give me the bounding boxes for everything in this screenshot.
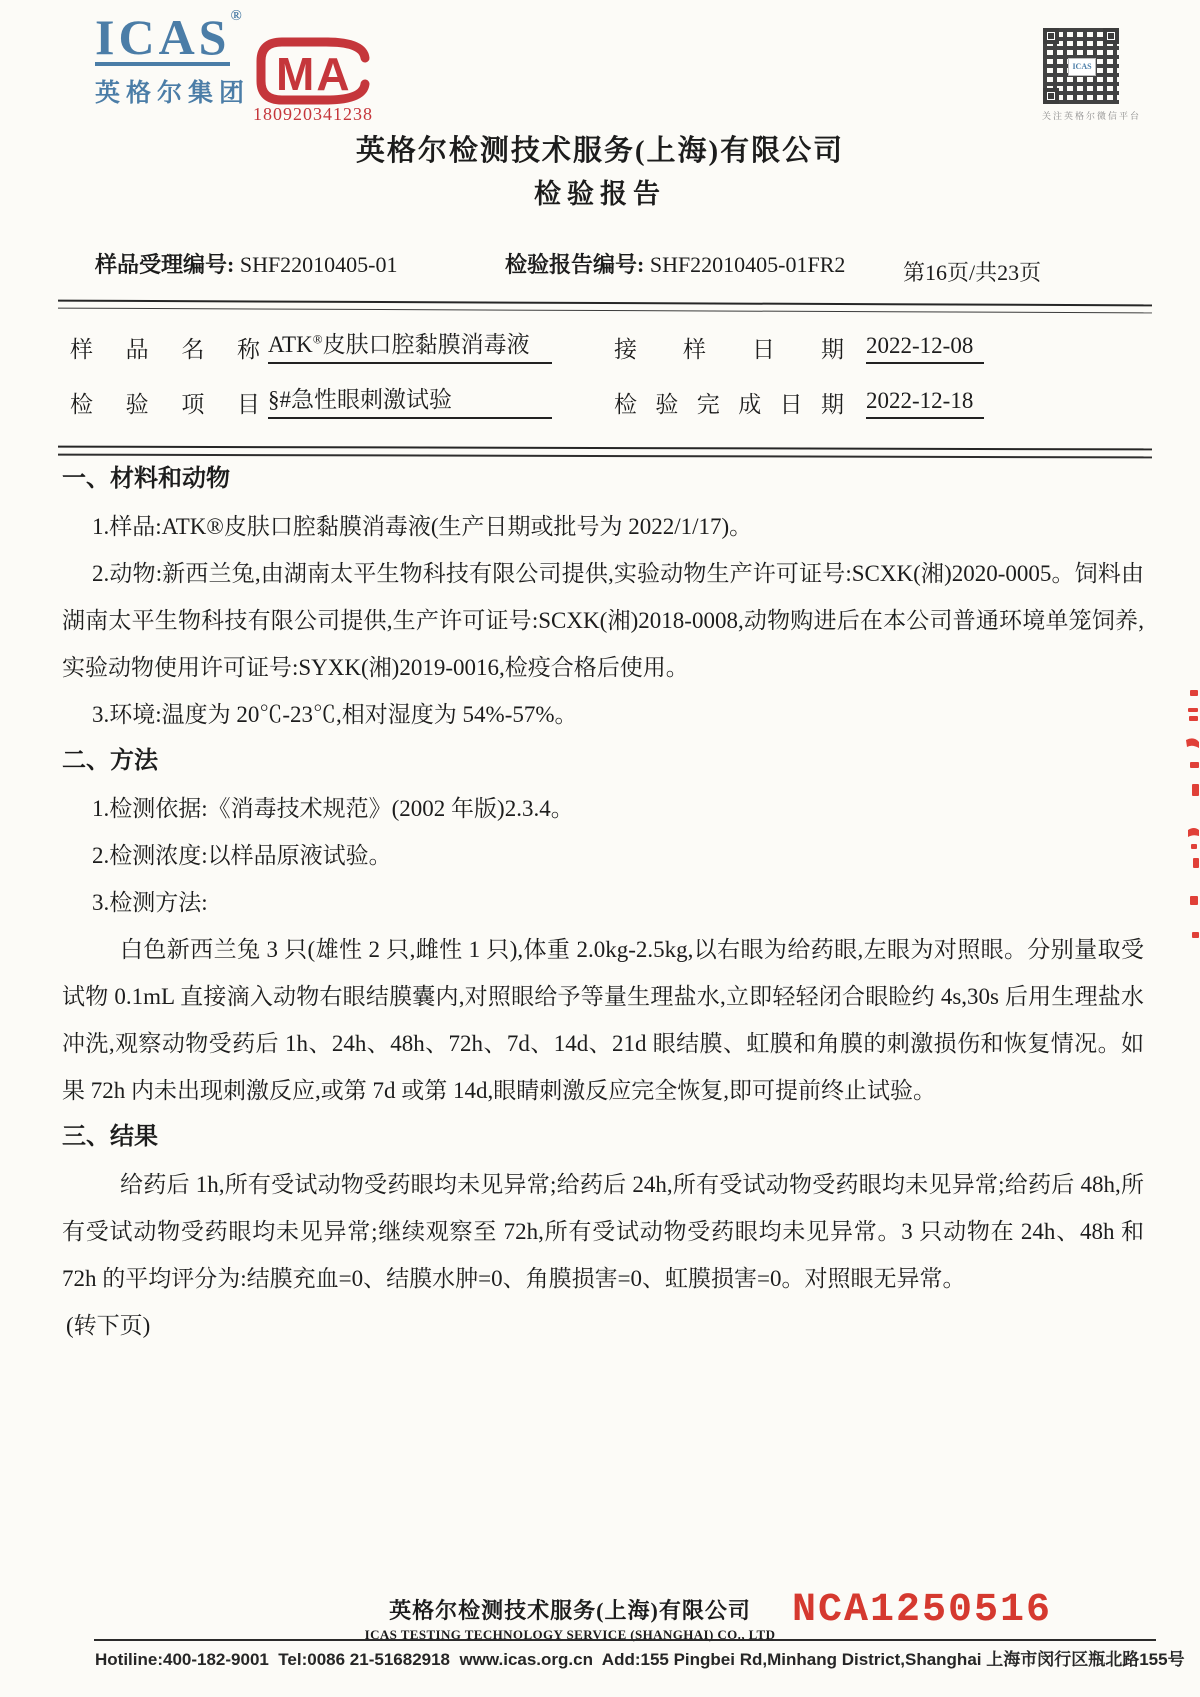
sample-name-label: 样品名称: [70, 331, 260, 364]
icas-logo-text: ICAS: [95, 12, 230, 66]
report-page: ICAS® 英格尔集团 MA 180920341238 ICAS 关注英格尔微信…: [0, 0, 1200, 1697]
complete-date-value: 2022-12-18: [866, 388, 984, 419]
registered-mark-icon: ®: [230, 8, 241, 24]
footer-company-cn: 英格尔检测技术服务(上海)有限公司: [320, 1594, 820, 1625]
cma-mark-icon: MA: [252, 34, 376, 113]
section-heading-results: 三、结果: [62, 1114, 1144, 1161]
page-number: 第16页/共23页: [903, 256, 1041, 287]
icas-logo: ICAS® 英格尔集团: [95, 12, 250, 109]
body-paragraph: 给药后 1h,所有受试动物受药眼均未见异常;给药后 24h,所有受试动物受药眼均…: [62, 1161, 1144, 1302]
body-paragraph: 2.检测浓度:以样品原液试验。: [62, 832, 1144, 879]
qr-finder-icon: [1103, 28, 1119, 44]
body-paragraph: 1.样品:ATK®皮肤口腔黏膜消毒液(生产日期或批号为 2022/1/17)。: [62, 503, 1144, 550]
test-item-value: §#急性眼刺激试验: [268, 381, 552, 419]
report-title: 检验报告: [0, 172, 1200, 211]
report-no: 检验报告编号: SHF22010405-01FR2: [505, 248, 845, 279]
qr-finder-icon: [1043, 28, 1059, 44]
body-paragraph: 3.环境:温度为 20℃-23℃,相对湿度为 54%-57%。: [62, 691, 1144, 738]
qr-center-logo: ICAS: [1068, 58, 1096, 76]
sample-name-row: 样品名称ATK®皮肤口腔黏膜消毒液接样日期2022-12-08: [70, 326, 1150, 364]
icas-group-name: 英格尔集团: [95, 73, 250, 109]
body-paragraph: 1.检测依据:《消毒技术规范》(2002 年版)2.3.4。: [62, 785, 1144, 832]
footer-rule: [94, 1639, 1156, 1641]
test-item-label: 检验项目: [70, 386, 260, 419]
sample-accept-no: 样品受理编号: SHF22010405-01: [95, 248, 398, 279]
footer-contact-line: Hotiline:400-182-9001 Tel:0086 21-516829…: [95, 1645, 1175, 1670]
receive-date-value: 2022-12-08: [866, 333, 984, 364]
report-body: 一、材料和动物 1.样品:ATK®皮肤口腔黏膜消毒液(生产日期或批号为 2022…: [62, 456, 1144, 1349]
receive-date-label: 接样日期: [614, 331, 844, 364]
sample-name-value: ATK®皮肤口腔黏膜消毒液: [268, 326, 552, 364]
divider-rule: [58, 300, 1152, 314]
body-paragraph: 3.检测方法:: [62, 879, 1144, 926]
nca-serial-number: NCA1250516: [792, 1588, 1052, 1633]
svg-text:MA: MA: [276, 48, 352, 100]
test-item-row: 检验项目§#急性眼刺激试验检验完成日期2022-12-18: [70, 381, 1150, 419]
registered-mark-icon: ®: [313, 331, 323, 346]
company-title: 英格尔检测技术服务(上海)有限公司: [0, 128, 1200, 169]
section-heading-method: 二、方法: [62, 738, 1144, 785]
footer-company: 英格尔检测技术服务(上海)有限公司 ICAS TESTING TECHNOLOG…: [320, 1594, 820, 1643]
continued-note: (转下页): [62, 1302, 1144, 1349]
qr-finder-icon: [1043, 88, 1059, 104]
red-seal-fragment-icon: [1182, 688, 1200, 944]
qr-caption: 关注英格尔微信平台: [1042, 109, 1120, 122]
body-paragraph: 白色新西兰兔 3 只(雄性 2 只,雌性 1 只),体重 2.0kg-2.5kg…: [62, 926, 1144, 1114]
qr-code-block: ICAS 关注英格尔微信平台: [1042, 28, 1120, 122]
qr-code: ICAS: [1043, 28, 1119, 104]
cma-certificate-number: 180920341238: [253, 104, 373, 125]
complete-date-label: 检验完成日期: [614, 386, 844, 419]
body-paragraph: 2.动物:新西兰兔,由湖南太平生物科技有限公司提供,实验动物生产许可证号:SCX…: [62, 550, 1144, 691]
section-heading-materials: 一、材料和动物: [62, 456, 1144, 503]
